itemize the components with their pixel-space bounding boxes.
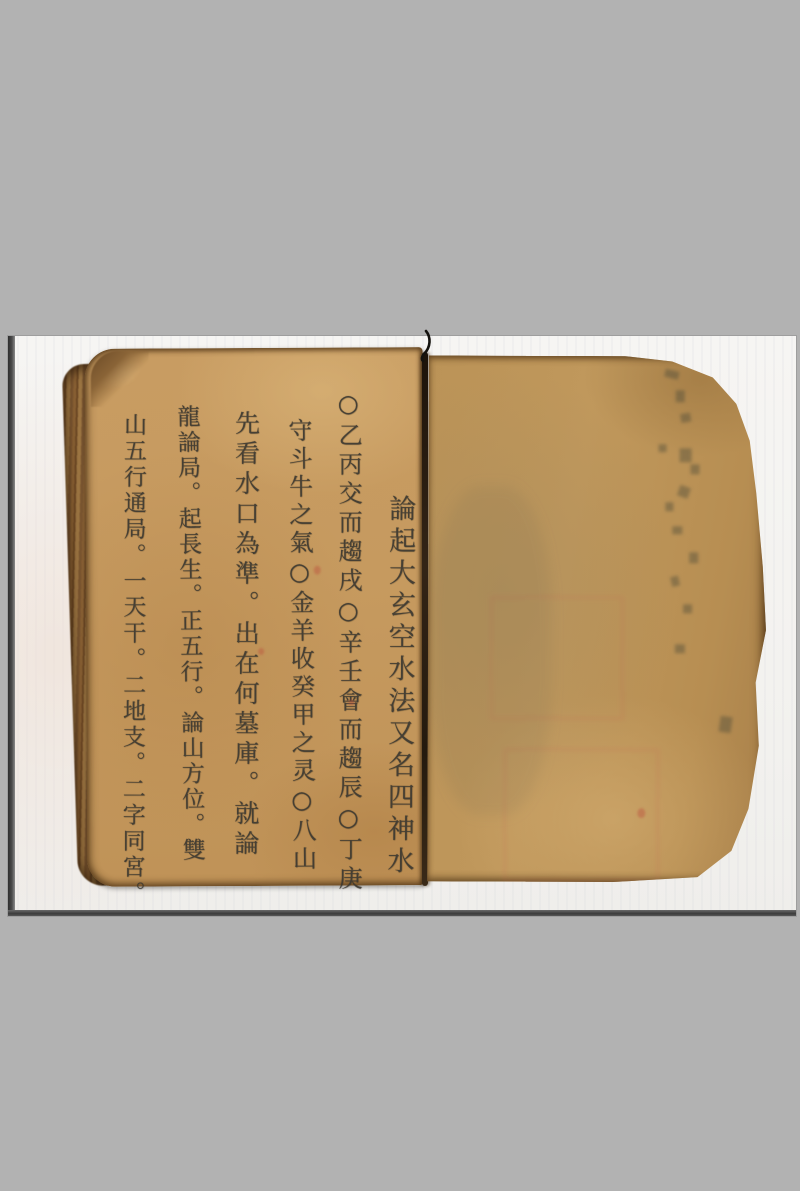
ink-show-through: [689, 552, 698, 563]
section-title-column: 論起大玄空水法又名四神水: [378, 494, 419, 878]
ink-show-through: [675, 644, 685, 653]
text-column-5: 龍論局。起長生。正五行。論山方位。雙: [170, 404, 209, 863]
ink-show-through: [672, 526, 682, 534]
ink-show-through: [665, 502, 673, 511]
ink-show-through: [680, 448, 692, 462]
bleed-through-wash: [431, 485, 552, 815]
text-column-6: 山五行通局。一天干。二地支。二字同宮。: [115, 413, 150, 907]
ink-show-through: [676, 390, 685, 402]
scan-dark-edge-bottom: [8, 910, 796, 916]
ink-show-through: [680, 413, 691, 424]
spine-fold: [422, 352, 428, 886]
red-bleed-speck: [258, 648, 264, 655]
right-page: [427, 355, 767, 882]
ink-show-through: [664, 369, 680, 380]
dog-ear-corner: [91, 351, 149, 407]
ink-show-through: [670, 575, 680, 587]
screenshot-root: { "manuscript": { "kind": "scanned antiq…: [0, 0, 800, 1191]
text-column-2: ○乙丙交而趨戌○辛壬會而趨辰○丁庚: [331, 390, 366, 895]
scan-dark-edge-left: [8, 336, 15, 916]
ink-blotch: [719, 716, 733, 734]
red-bleed-speck: [348, 699, 354, 705]
scanned-photo: 論起大玄空水法又名四神水 ○乙丙交而趨戌○辛壬會而趨辰○丁庚 守斗牛之氣○金羊收…: [8, 336, 796, 916]
left-page: 論起大玄空水法又名四神水 ○乙丙交而趨戌○辛壬會而趨辰○丁庚 守斗牛之氣○金羊收…: [85, 347, 426, 887]
text-column-4: 先看水口為準。出在何墓庫。就論: [227, 410, 264, 860]
ink-show-through: [683, 604, 692, 613]
text-column-3: 守斗牛之氣○金羊收癸甲之灵○八山: [281, 418, 321, 874]
ink-show-through: [659, 444, 667, 452]
ink-show-through: [677, 485, 691, 499]
red-bleed-speck: [314, 566, 321, 575]
red-bleed-speck: [637, 808, 645, 818]
ink-show-through: [691, 464, 700, 474]
